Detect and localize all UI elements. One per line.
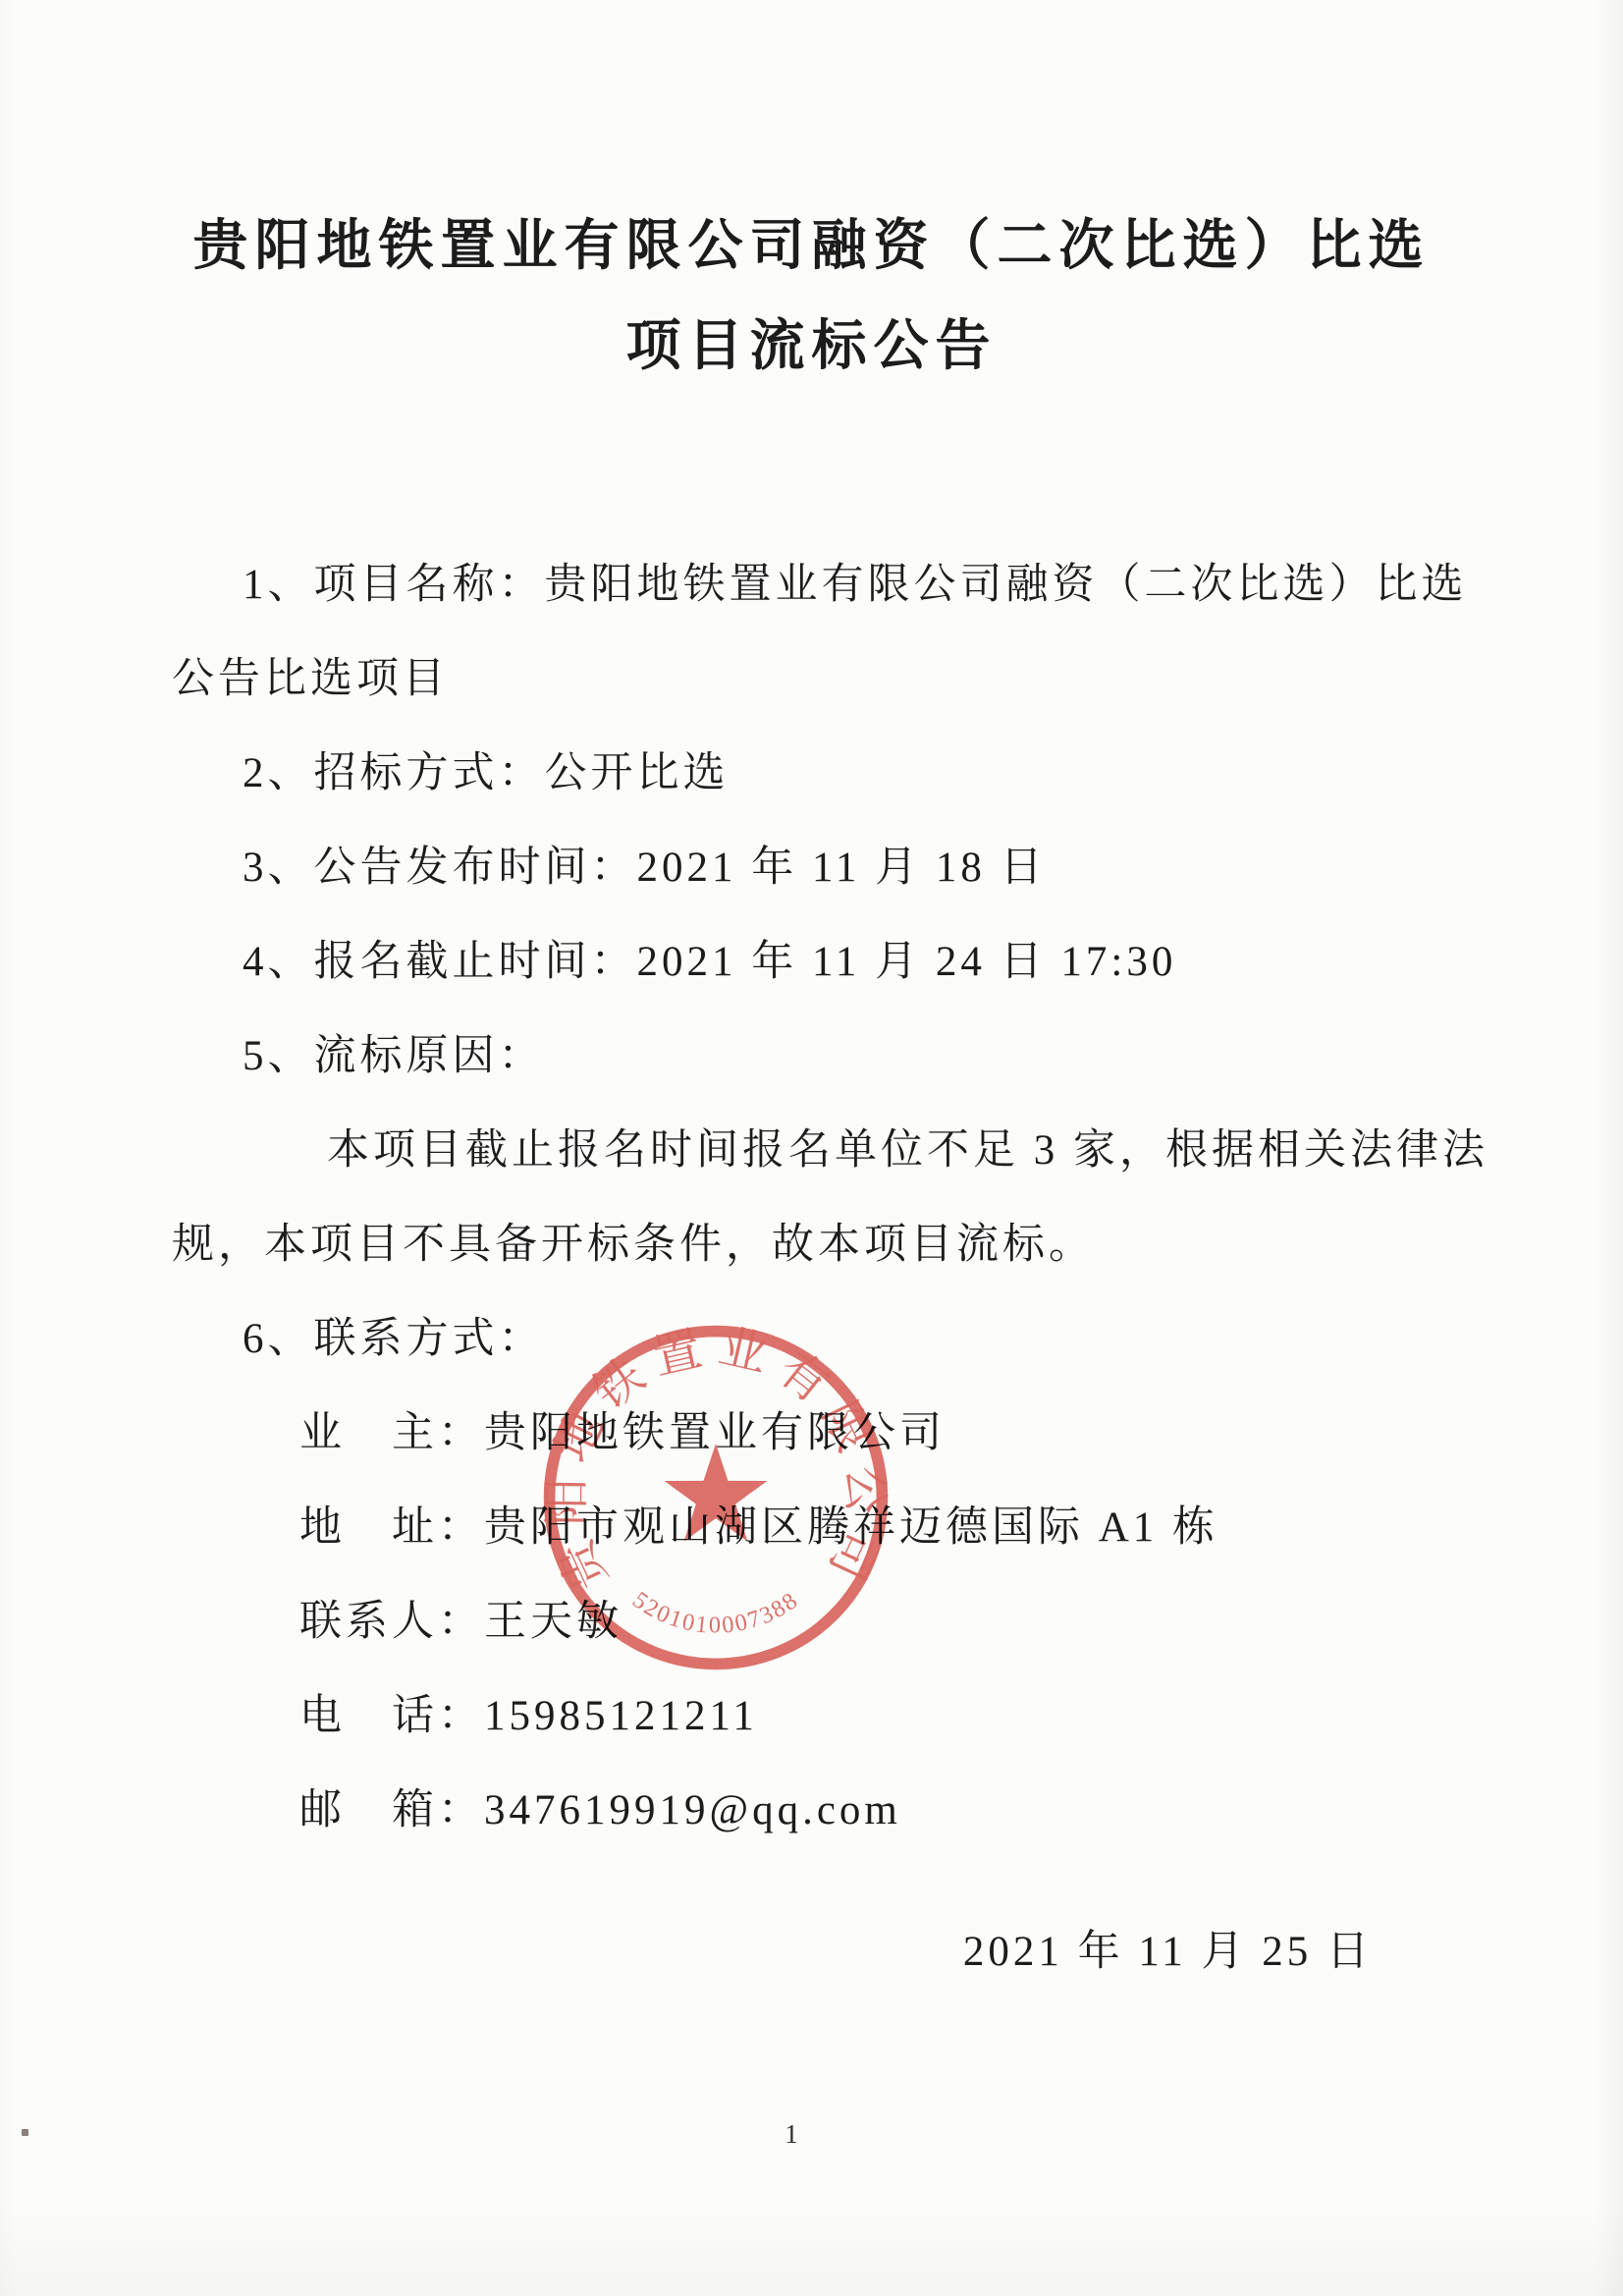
contact-row-phone: 电 话：15985121211 xyxy=(172,1669,1492,1764)
announcement-date: 2021 年 11 月 25 日 xyxy=(963,1923,1373,1982)
contact-value: 贵阳地铁置业有限公司 xyxy=(484,1410,946,1456)
document-title-line-2: 项目流标公告 xyxy=(0,302,1623,381)
item-publish-time: 3、公告发布时间：2021 年 11 月 18 日 xyxy=(172,821,1492,915)
contact-label: 业 主： xyxy=(299,1410,484,1456)
scan-speck xyxy=(22,2129,28,2136)
scanned-document-page: 贵阳地铁置业有限公司融资（二次比选）比选 项目流标公告 1、项目名称：贵阳地铁置… xyxy=(0,0,1623,2296)
contact-row-email: 邮 箱：347619919@qq.com xyxy=(172,1764,1492,1858)
contact-label: 地 址： xyxy=(299,1504,484,1551)
contact-value: 15985121211 xyxy=(484,1693,758,1739)
contact-row-address: 地 址：贵阳市观山湖区腾祥迈德国际 A1 栋 xyxy=(172,1481,1492,1575)
document-title-line-1: 贵阳地铁置业有限公司融资（二次比选）比选 xyxy=(0,202,1623,281)
item-deadline: 4、报名截止时间：2021 年 11 月 24 日 17:30 xyxy=(172,915,1492,1010)
document-body: 1、项目名称：贵阳地铁置业有限公司融资（二次比选）比选 公告比选项目 2、招标方… xyxy=(172,538,1492,1858)
contact-value: 贵阳市观山湖区腾祥迈德国际 A1 栋 xyxy=(484,1504,1218,1551)
item-failure-reason-heading: 5、流标原因： xyxy=(172,1010,1492,1104)
contact-label: 邮 箱： xyxy=(299,1787,484,1833)
contact-label: 电 话： xyxy=(299,1693,484,1739)
item-contact-heading: 6、联系方式： xyxy=(172,1292,1492,1387)
item-bid-method: 2、招标方式：公开比选 xyxy=(172,727,1492,821)
contact-value: 王天敏 xyxy=(484,1599,622,1645)
contact-row-person: 联系人：王天敏 xyxy=(172,1575,1492,1669)
item-project-name-line1: 1、项目名称：贵阳地铁置业有限公司融资（二次比选）比选 xyxy=(172,538,1492,632)
contact-row-owner: 业 主：贵阳地铁置业有限公司 xyxy=(172,1387,1492,1481)
failure-reason-line2: 规，本项目不具备开标条件，故本项目流标。 xyxy=(172,1198,1492,1292)
item-project-name-line2: 公告比选项目 xyxy=(172,632,1492,727)
page-number: 1 xyxy=(0,2119,1583,2150)
failure-reason-line1: 本项目截止报名时间报名单位不足 3 家，根据相关法律法 xyxy=(172,1104,1492,1198)
contact-value: 347619919@qq.com xyxy=(484,1787,901,1833)
contact-label: 联系人： xyxy=(299,1599,484,1645)
